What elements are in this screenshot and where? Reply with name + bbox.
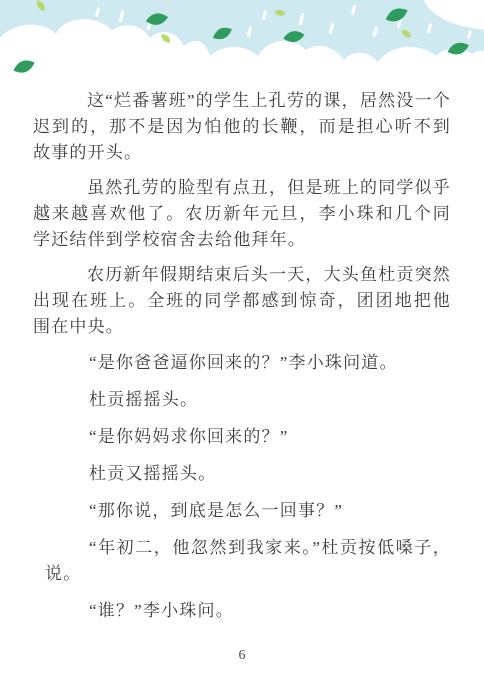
dialogue-line-3: “是你妈妈求你回来的？”: [45, 424, 451, 450]
page-content: 这“烂番薯班”的学生上孔劳的课，居然没一个迟到的，那不是因为怕他的长鞭，而是担心…: [0, 80, 484, 624]
page-number: 6: [0, 648, 484, 664]
paragraph-3: 农历新年假期结束后头一天，大头鱼杜贡突然出现在班上。全班的同学都感到惊奇，团团地…: [33, 262, 451, 340]
dialogue-line-5: “那你说，到底是怎么一回事？”: [45, 498, 451, 524]
dialogue-line-4: 杜贡又摇摇头。: [45, 461, 451, 487]
paragraph-1: 这“烂番薯班”的学生上孔劳的课，居然没一个迟到的，那不是因为怕他的长鞭，而是担心…: [33, 88, 451, 166]
dialogue-line-6: “年初二，他忽然到我家来。”杜贡按低嗓子，说。: [45, 535, 451, 587]
dialogue-line-7: “谁？”李小珠问。: [45, 598, 451, 624]
decorative-header: [0, 0, 484, 80]
dialogue-line-2: 杜贡摇摇头。: [45, 387, 451, 413]
dialogue-line-1: “是你爸爸逼你回来的？”李小珠问道。: [45, 350, 451, 376]
paragraph-2: 虽然孔劳的脸型有点丑，但是班上的同学似乎越来越喜欢他了。农历新年元旦，李小珠和几…: [33, 175, 451, 253]
book-page: 这“烂番薯班”的学生上孔劳的课，居然没一个迟到的，那不是因为怕他的长鞭，而是担心…: [0, 0, 484, 700]
